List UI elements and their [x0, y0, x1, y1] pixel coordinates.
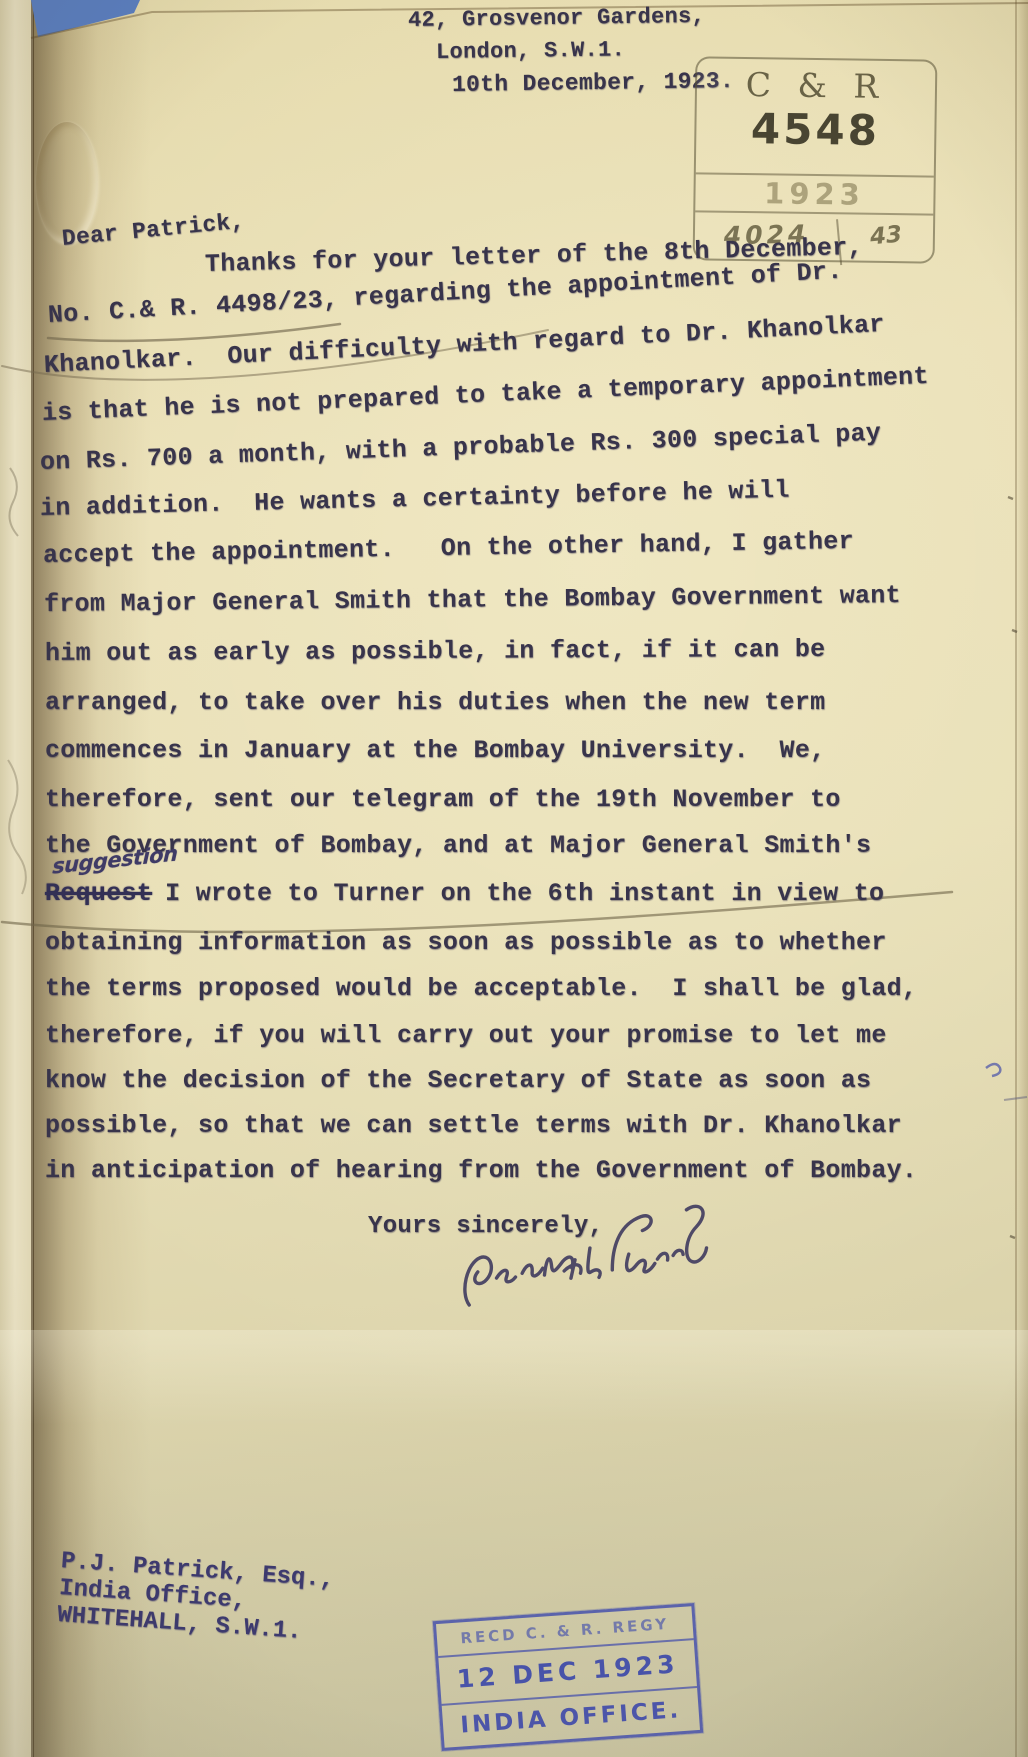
- body-line-18: know the decision of the Secretary of St…: [45, 1066, 871, 1096]
- body-line-14-text: I wrote to Turner on the 6th instant in …: [165, 879, 884, 908]
- scanned-letter-page: 42, Grosvenor Gardens, London, S.W.1. 10…: [0, 0, 1028, 1757]
- date-line: 10th December, 1923.: [452, 68, 734, 98]
- body-line-15: obtaining information as soon as possibl…: [45, 928, 887, 958]
- body-line-5: on Rs. 700 a month, with a probable Rs. …: [39, 419, 881, 478]
- registry-stamp-number: 4548: [696, 104, 935, 155]
- registry-stamp-year: 1923: [695, 172, 934, 213]
- body-line-6: in addition. He wants a certainty before…: [40, 476, 790, 524]
- body-line-19: possible, so that we can settle terms wi…: [45, 1111, 902, 1141]
- sender-address-line-1: 42, Grosvenor Gardens,: [408, 4, 705, 34]
- body-line-9: him out as early as possible, in fact, i…: [45, 635, 826, 669]
- received-stamp: RECD C. & R. REGY 12 DEC 1923 INDIA OFFI…: [433, 1603, 703, 1751]
- body-line-12: therefore, sent our telegram of the 19th…: [45, 785, 841, 815]
- body-line-20: in anticipation of hearing from the Gove…: [45, 1156, 917, 1186]
- body-line-17: therefore, if you will carry out your pr…: [45, 1021, 887, 1051]
- body-line-14: RequestI wrote to Turner on the 6th inst…: [45, 879, 884, 909]
- registry-stamp-dept: C & R: [697, 64, 936, 107]
- body-line-11: commences in January at the Bombay Unive…: [45, 736, 825, 766]
- sender-address-line-2: London, S.W.1.: [436, 37, 625, 66]
- body-line-16: the terms proposed would be acceptable. …: [45, 974, 917, 1004]
- registry-stamp: C & R 4548 1923 4024 43: [693, 56, 938, 263]
- body-line-10: arranged, to take over his duties when t…: [45, 688, 825, 718]
- body-line-7: accept the appointment. On the other han…: [43, 527, 854, 571]
- struck-word: Request: [45, 879, 152, 908]
- body-line-8: from Major General Smith that the Bombay…: [44, 581, 901, 620]
